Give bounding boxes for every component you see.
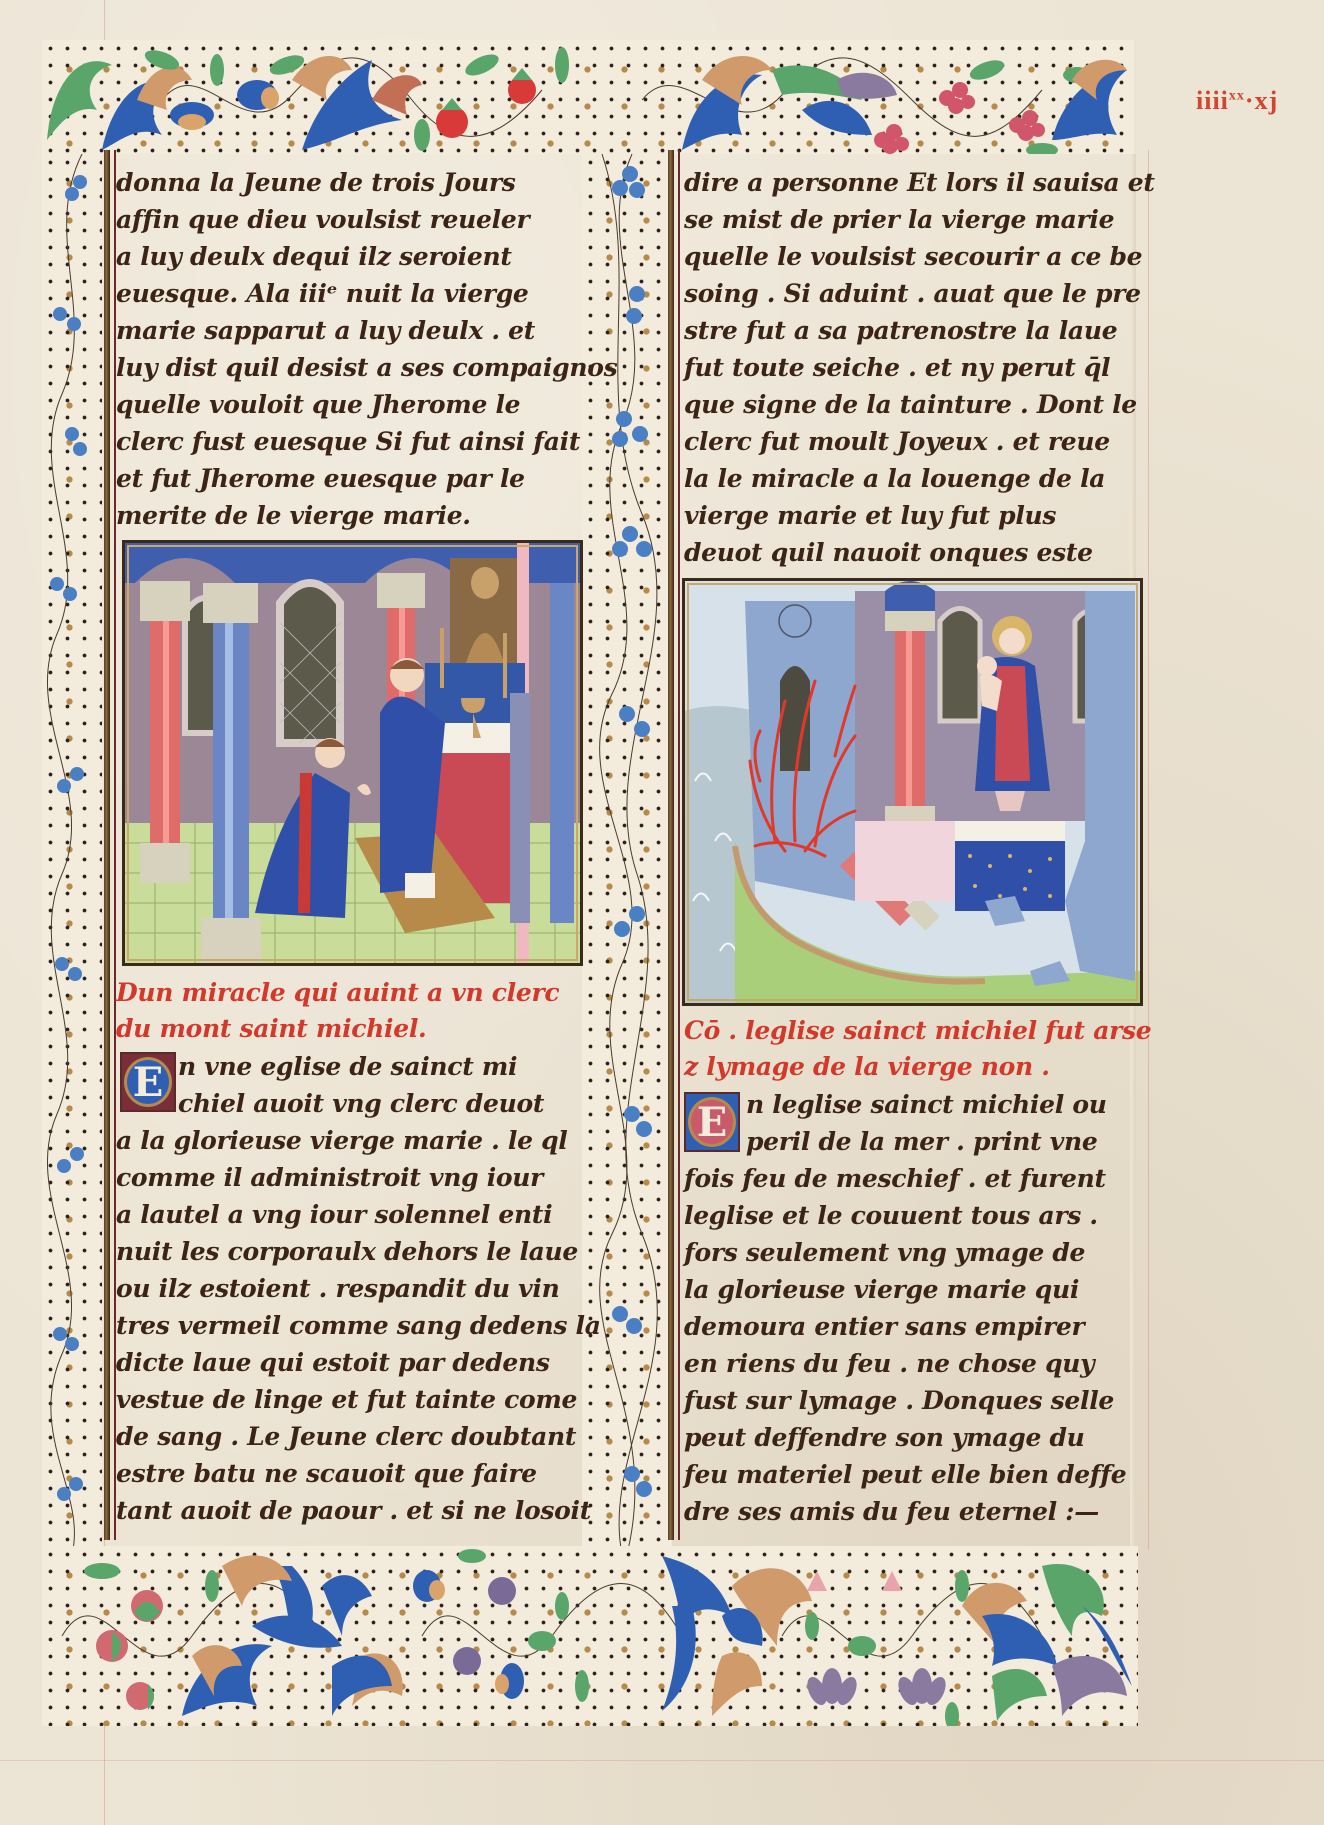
right-miniature-church-fire	[682, 578, 1143, 1006]
left-column-top-text: donna la Jeune de trois Joursaffin que d…	[116, 168, 586, 538]
text-line: tres vermeil comme sang dedens la	[116, 1311, 601, 1340]
text-line: dire a personne Et lors il sauisa et	[684, 168, 1155, 197]
text-line: clerc fust euesque Si fut ainsi fait	[116, 427, 580, 456]
text-line: fors seulement vng ymage de	[684, 1238, 1085, 1267]
text-line: fut toute seiche . et ny perut q̄l	[684, 353, 1110, 382]
text-line: quelle vouloit que Jherome le	[116, 390, 520, 419]
burning-church-illustration-icon	[685, 581, 1140, 1003]
text-line: comme il administroit vng iour	[116, 1163, 543, 1192]
text-line: vestue de linge et fut tainte come	[116, 1385, 577, 1414]
rubric-line: z lymage de la vierge non .	[684, 1052, 1050, 1081]
text-line: la le miracle a la louenge de la	[684, 464, 1105, 493]
text-line: stre fut a sa patrenostre la laue	[684, 316, 1117, 345]
text-line: donna la Jeune de trois Jours	[116, 168, 516, 197]
text-line: peut deffendre son ymage du	[684, 1423, 1085, 1452]
text-line: merite de le vierge marie.	[116, 501, 471, 530]
text-line: en riens du feu . ne chose quy	[684, 1349, 1094, 1378]
left-margin-decoration	[42, 154, 102, 1554]
text-line: a lautel a vng iour solennel enti	[116, 1200, 552, 1229]
text-line: chiel auoit vng clerc deuot	[178, 1089, 544, 1118]
text-line: deuot quil nauoit onques este	[684, 538, 1093, 567]
text-line: fois feu de meschief . et furent	[684, 1164, 1106, 1193]
text-line: et fut Jherome euesque par le	[116, 464, 525, 493]
text-line: n leglise sainct michiel ou	[746, 1090, 1107, 1119]
right-column-rule	[678, 150, 680, 1540]
right-column-frame-bar	[668, 150, 674, 1540]
text-line: dre ses amis du feu eternel :—	[684, 1497, 1099, 1526]
bottom-border-decoration	[42, 1546, 1138, 1726]
text-line: nuit les corporaulx dehors le laue	[116, 1237, 578, 1266]
folio-number: iiiixx·xj	[1196, 86, 1278, 116]
text-line: clerc fut moult Joyeux . et reue	[684, 427, 1110, 456]
text-line: demoura entier sans empirer	[684, 1312, 1084, 1341]
text-line: a luy deulx dequi ilz seroient	[116, 242, 512, 271]
left-miniature-clerk-at-mass	[122, 540, 583, 966]
text-line: de sang . Le Jeune clerc doubtant	[116, 1422, 576, 1451]
right-column-body-text: n leglise sainct michiel ouperil de la m…	[684, 1090, 1144, 1540]
rubric-line: du mont saint michiel.	[116, 1014, 426, 1043]
vine-tendril-icon	[42, 154, 102, 1554]
text-line: feu materiel peut elle bien deffe	[684, 1460, 1126, 1489]
text-line: se mist de prier la vierge marie	[684, 205, 1114, 234]
rubric-line: Dun miracle qui auint a vn clerc	[116, 978, 559, 1007]
top-border-decoration	[42, 40, 1134, 154]
manuscript-page: iiiixx·xj	[0, 0, 1324, 1825]
text-line: fust sur lymage . Donques selle	[684, 1386, 1114, 1415]
text-line: tant auoit de paour . et si ne losoit	[116, 1496, 591, 1525]
ruling-line	[1148, 150, 1149, 1550]
acanthus-foliage-icon	[42, 40, 1134, 154]
ruling-line	[0, 1760, 1324, 1761]
text-line: marie sapparut a luy deulx . et	[116, 316, 535, 345]
right-column-top-text: dire a personne Et lors il sauisa etse m…	[684, 168, 1144, 578]
text-line: quelle le voulsist secourir a ce be	[684, 242, 1142, 271]
mass-scene-illustration-icon	[125, 543, 580, 963]
text-line: n vne eglise de sainct mi	[178, 1052, 517, 1081]
left-column-body-text: n vne eglise de sainct michiel auoit vng…	[116, 1052, 586, 1532]
text-line: leglise et le couuent tous ars .	[684, 1201, 1098, 1230]
text-line: estre batu ne scauoit que faire	[116, 1459, 537, 1488]
text-line: vierge marie et luy fut plus	[684, 501, 1056, 530]
text-line: ou ilz estoient . respandit du vin	[116, 1274, 560, 1303]
left-column-frame-bar	[104, 150, 110, 1540]
text-line: dicte laue qui estoit par dedens	[116, 1348, 550, 1377]
text-line: euesque. Ala iiiᵉ nuit la vierge	[116, 279, 529, 308]
rubric-line: Cō . leglise sainct michiel fut arse	[684, 1016, 1151, 1045]
text-line: luy dist quil desist a ses compaignos	[116, 353, 617, 382]
text-line: peril de la mer . print vne	[746, 1127, 1097, 1156]
text-line: affin que dieu voulsist reueler	[116, 205, 529, 234]
acanthus-foliage-icon	[42, 1546, 1138, 1726]
text-line: soing . Si aduint . auat que le pre	[684, 279, 1141, 308]
right-rubric-heading: Cō . leglise sainct michiel fut arsez l…	[684, 1016, 1144, 1096]
text-line: que signe de la tainture . Dont le	[684, 390, 1137, 419]
left-rubric-heading: Dun miracle qui auint a vn clercdu mont …	[116, 978, 586, 1058]
text-line: a la glorieuse vierge marie . le ql	[116, 1126, 568, 1155]
text-line: la glorieuse vierge marie qui	[684, 1275, 1079, 1304]
